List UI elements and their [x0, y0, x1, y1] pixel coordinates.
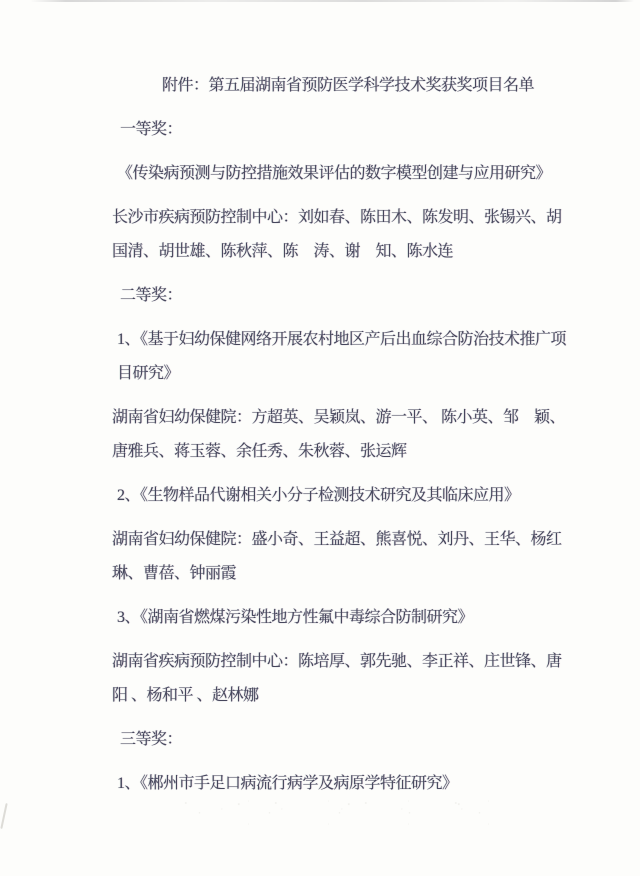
paragraph-heading: 一等奖： [112, 113, 580, 147]
award-tier-heading-line: 二等奖： [120, 279, 580, 313]
recipients-line: 湖南省妇幼保健院：盛小奇、王益超、熊喜悦、刘丹、王华、杨红 [112, 523, 580, 557]
project-title-line: 目研究》 [117, 357, 580, 391]
paragraph-team: 长沙市疾病预防控制中心：刘如春、陈田木、陈发明、张锡兴、胡国清、胡世雄、陈秋萍、… [112, 201, 580, 269]
recipients-line: 阳 、杨和平 、赵林娜 [112, 679, 580, 713]
paragraph-project: 3、《湖南省燃煤污染性地方性氟中毒综合防制研究》 [112, 601, 580, 635]
document-title: 附件：第五届湖南省预防医学科学技术奖获奖项目名单 [112, 69, 580, 103]
paragraph-project: 2、《生物样品代谢相关小分子检测技术研究及其临床应用》 [112, 479, 580, 513]
recipients-line: 国清、胡世雄、陈秋萍、陈 涛、谢 知、陈水连 [112, 235, 580, 269]
paragraph-team: 湖南省疾病预防控制中心：陈培厚、郭先驰、李正祥、庄世锋、唐阳 、杨和平 、赵林娜 [112, 645, 580, 713]
paragraph-project: 《传染病预测与防控措施效果评估的数字模型创建与应用研究》 [112, 157, 580, 191]
award-tier-heading-line: 一等奖： [120, 113, 580, 147]
paragraph-team: 湖南省妇幼保健院：盛小奇、王益超、熊喜悦、刘丹、王华、杨红琳、曹蓓、钟丽霞 [112, 523, 580, 591]
scan-noise-artifact [175, 793, 505, 833]
paragraph-heading: 三等奖： [112, 723, 580, 757]
recipients-line: 唐雅兵、蒋玉蓉、余任秀、朱秋蓉、张运辉 [112, 435, 580, 469]
award-tier-heading-line: 三等奖： [120, 723, 580, 757]
recipients-line: 琳、曹蓓、钟丽霞 [112, 557, 580, 591]
project-title-line: 《传染病预测与防控措施效果评估的数字模型创建与应用研究》 [117, 157, 580, 191]
recipients-line: 湖南省妇幼保健院：方超英、吴颖岚、游一平、 陈小英、邹 颖、 [112, 401, 580, 435]
paragraph-project: 1、《基于妇幼保健网络开展农村地区产后出血综合防治技术推广项目研究》 [112, 323, 580, 391]
paragraph-team: 湖南省妇幼保健院：方超英、吴颖岚、游一平、 陈小英、邹 颖、唐雅兵、蒋玉蓉、余任… [112, 401, 580, 469]
project-title-line: 3、《湖南省燃煤污染性地方性氟中毒综合防制研究》 [117, 601, 580, 635]
recipients-line: 湖南省疾病预防控制中心：陈培厚、郭先驰、李正祥、庄世锋、唐 [112, 645, 580, 679]
project-title-line: 2、《生物样品代谢相关小分子检测技术研究及其临床应用》 [117, 479, 580, 513]
scan-edge-mark [0, 803, 7, 829]
recipients-line: 长沙市疾病预防控制中心：刘如春、陈田木、陈发明、张锡兴、胡 [112, 201, 580, 235]
paragraph-list: 一等奖：《传染病预测与防控措施效果评估的数字模型创建与应用研究》长沙市疾病预防控… [112, 113, 580, 801]
scan-edge-artifact [30, 0, 634, 2]
project-title-line: 1、《基于妇幼保健网络开展农村地区产后出血综合防治技术推广项 [117, 323, 580, 357]
scanned-document-page: 附件：第五届湖南省预防医学科学技术奖获奖项目名单 一等奖：《传染病预测与防控措施… [0, 0, 640, 876]
paragraph-heading: 二等奖： [112, 279, 580, 313]
document-body: 附件：第五届湖南省预防医学科学技术奖获奖项目名单 一等奖：《传染病预测与防控措施… [112, 69, 580, 801]
